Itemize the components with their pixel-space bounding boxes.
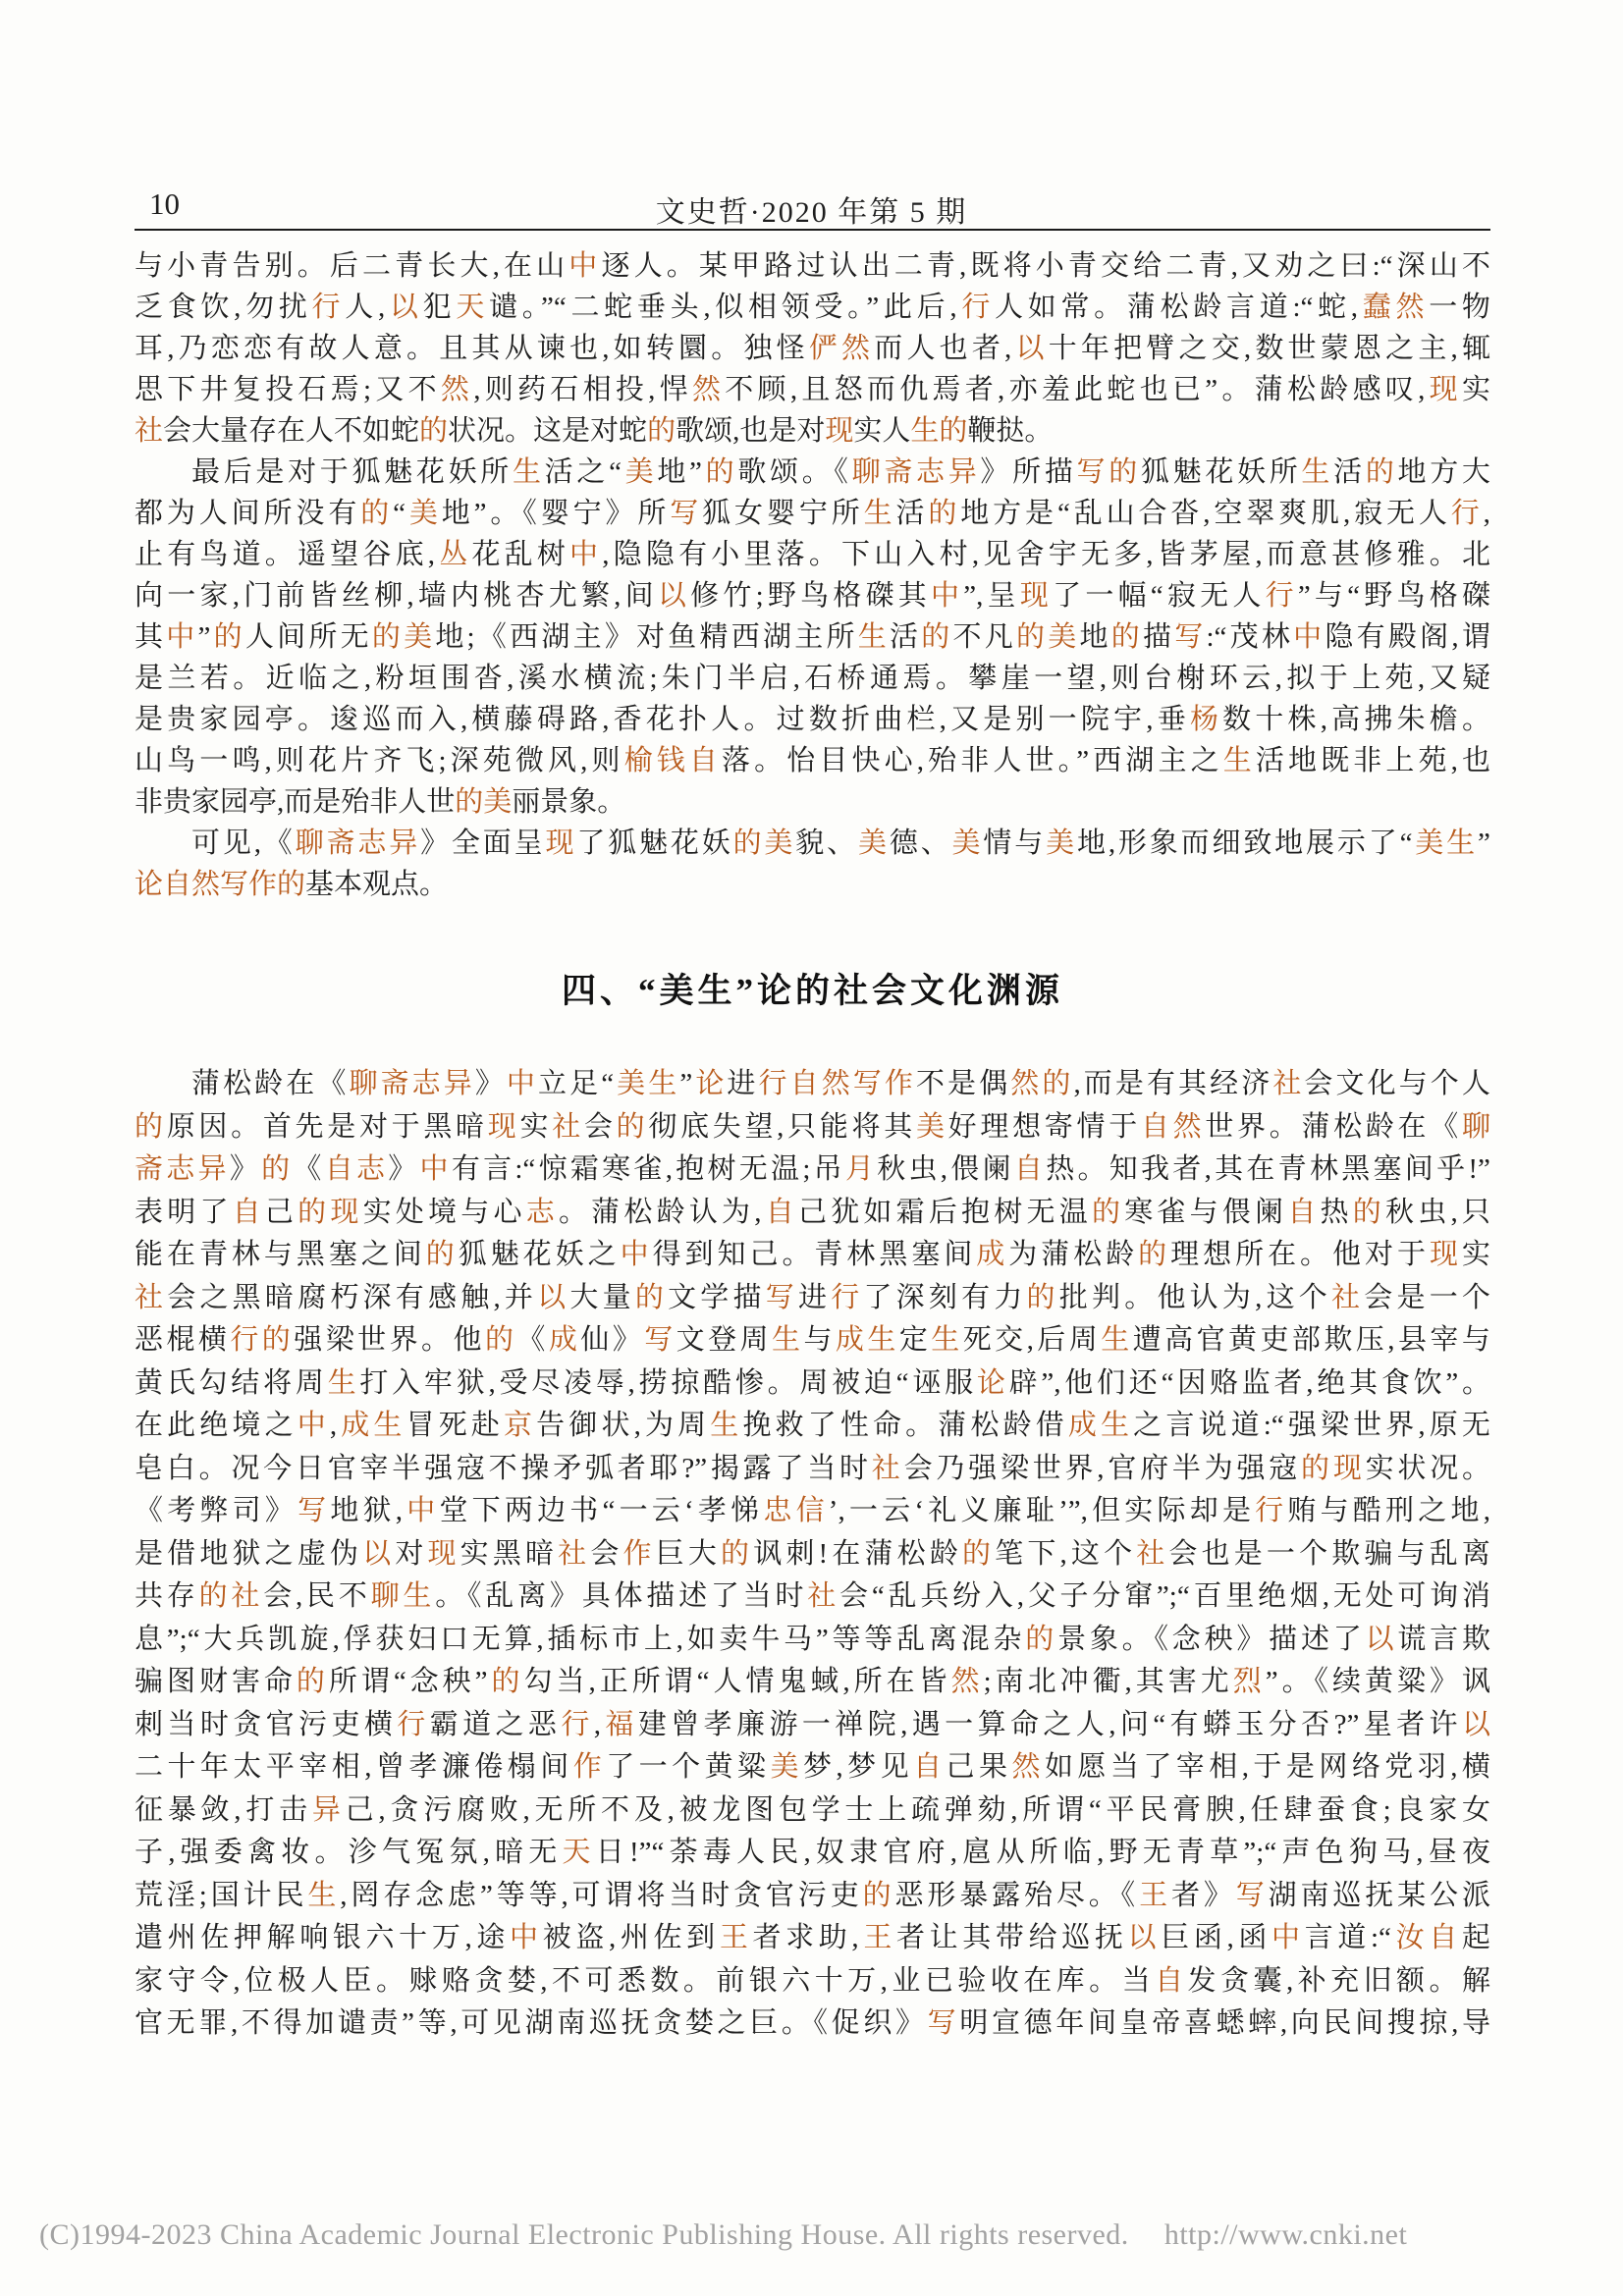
- text-run: 讽刺!在蒲松龄: [753, 1538, 962, 1570]
- highlighted-char-run: 现: [428, 1538, 460, 1570]
- text-run: 文学描: [668, 1282, 766, 1313]
- section-heading: 四、“美生”论的社会文化渊源: [135, 966, 1490, 1017]
- highlighted-char-run: 聊生: [371, 1580, 436, 1612]
- cnki-url: http://www.cnki.net: [1164, 2218, 1408, 2251]
- text-run: 被盗,州佐到: [543, 1922, 720, 1953]
- body-line: 二十年太平宰相,曾孝濂倦榻间作了一个黄粱美梦,梦见自己果然如愿当了宰相,于是网络…: [135, 1746, 1490, 1789]
- text-run: 家守令,位极人臣。赇赂贪婪,不可悉数。前银六十万,业已验收在库。当: [135, 1965, 1155, 1997]
- highlighted-char-run: 的: [1138, 1239, 1170, 1270]
- body-line: 向一家,门前皆丝柳,墙内桃杏尤繁,间以修竹;野鸟格磔其中”,呈现了一幅“寂无人行…: [135, 575, 1490, 616]
- text-run: ;南北冲衢,其害尤: [984, 1666, 1233, 1697]
- text-run: 花乱树: [471, 539, 569, 570]
- text-run: 热: [1321, 1197, 1353, 1228]
- text-run: 犯: [423, 292, 457, 323]
- text-run: 热。知我者,其在青林黑塞间乎!”: [1046, 1153, 1490, 1185]
- highlighted-char-run: 天: [456, 292, 489, 323]
- highlighted-char-run: 的: [488, 1666, 524, 1697]
- text-run: 实: [1462, 374, 1490, 405]
- text-run: 地”。《婴宁》所: [442, 498, 670, 529]
- text-run: 二十年太平宰相,曾孝濂倦榻间: [135, 1751, 573, 1783]
- text-run: 都为人间所没有: [135, 498, 360, 529]
- highlighted-char-run: 中: [621, 1239, 653, 1270]
- text-run: ,: [594, 1709, 601, 1740]
- highlighted-char-run: 的: [419, 415, 448, 447]
- text-run: ,: [1484, 498, 1490, 529]
- highlighted-char-run: 的现: [298, 1197, 362, 1228]
- text-run: 狐女婴宁所: [702, 498, 863, 529]
- highlighted-char-run: 以: [1128, 1922, 1162, 1953]
- body-line: 最后是对于狐魅花妖所生活之“美地”的歌颂。《聊斋志异》所描写的狐魅花妖所生活的地…: [135, 452, 1490, 493]
- text-run: 一物: [1429, 292, 1490, 323]
- highlighted-char-run: 美: [1046, 828, 1077, 859]
- highlighted-char-run: 写: [1174, 621, 1206, 653]
- text-run: 山鸟一鸣,则花片齐飞;深苑微风,则: [135, 745, 624, 776]
- body-line: 官无罪,不得加谴责”等,可见湖南巡抚贪婪之巨。《促织》写明宣德年间皇帝喜蟋蟀,向…: [135, 2002, 1490, 2046]
- highlighted-char-run: 汝自: [1391, 1922, 1462, 1953]
- text-run: 告御状,为周: [536, 1410, 710, 1441]
- highlighted-char-run: 生: [307, 1880, 340, 1911]
- text-run: 景象。《念秧》描述了: [1057, 1624, 1365, 1655]
- text-run: 地;《西湖主》对鱼精西湖主所: [435, 621, 857, 653]
- text-run: 梦,梦见: [803, 1751, 913, 1783]
- highlighted-char-run: 自: [762, 1197, 798, 1228]
- highlighted-char-run: 自: [1287, 1197, 1320, 1228]
- text-run: 黄氏勾结将周: [135, 1367, 328, 1399]
- highlighted-char-run: 社: [1136, 1538, 1168, 1570]
- text-run: 世界。蒲松龄在《: [1205, 1111, 1462, 1143]
- text-run: 修竹;野鸟格磔其: [690, 580, 931, 612]
- highlighted-char-run: 社: [872, 1453, 904, 1484]
- highlighted-char-run: 行: [1266, 580, 1298, 612]
- text-run: 实状况。: [1366, 1453, 1490, 1484]
- text-run: 》: [230, 1153, 261, 1185]
- highlighted-char-run: 的: [1366, 456, 1398, 488]
- highlighted-char-run: 的: [635, 1282, 668, 1313]
- text-run: 表明了: [135, 1197, 233, 1228]
- text-run: 进: [727, 1068, 758, 1099]
- highlighted-char-run: 以: [362, 1538, 395, 1570]
- text-run: 情与: [983, 828, 1046, 859]
- text-run: 实: [519, 1111, 552, 1143]
- text-run: 基本观点。: [305, 869, 448, 900]
- text-run: 地方大: [1398, 456, 1490, 488]
- highlighted-char-run: 自: [913, 1751, 946, 1783]
- highlighted-char-run: 的: [135, 1111, 167, 1143]
- body-line: 是兰若。近临之,粉垣围沓,溪水横流;朱门半启,石桥通焉。攀崖一望,则台榭环云,拟…: [135, 658, 1490, 699]
- highlighted-char-run: 的现: [1301, 1453, 1366, 1484]
- text-run: 仙》: [580, 1324, 644, 1356]
- highlighted-char-run: 聊斋志异: [349, 1068, 474, 1099]
- text-run: 原因。首先是对于黑暗: [167, 1111, 488, 1143]
- text-run: 是借地狱之虚伪: [135, 1538, 362, 1570]
- highlighted-char-run: 美: [406, 498, 442, 529]
- highlighted-char-run: 自: [1155, 1965, 1187, 1997]
- text-run: 得到知己。青林黑塞间: [653, 1239, 977, 1270]
- highlighted-char-run: 斋志异: [135, 1153, 230, 1185]
- highlighted-char-run: 以: [537, 1282, 569, 1313]
- journal-header: 文史哲·2020 年第 5 期: [0, 187, 1623, 231]
- highlighted-char-run: 聊斋志异: [852, 456, 981, 488]
- text-run: 会文化与个人: [1304, 1068, 1489, 1099]
- highlighted-char-run: 志: [526, 1197, 559, 1228]
- highlighted-char-run: 生: [710, 1410, 742, 1441]
- text-run: 荒淫;国计民: [135, 1880, 307, 1911]
- text-run: 定: [899, 1324, 931, 1356]
- highlighted-char-run: 写: [1236, 1880, 1269, 1911]
- text-run: 秋虫,只: [1385, 1197, 1490, 1228]
- page: 10 文史哲·2020 年第 5 期 与小青告别。后二青长大,在山中逐人。某甲路…: [0, 0, 1623, 2296]
- text-run: 巨大: [656, 1538, 721, 1570]
- text-run: 《: [516, 1324, 548, 1356]
- body-line: 皂白。况今日官宰半强寇不操矛弧者耶?”揭露了当时社会乃强梁世界,官府半为强寇的现…: [135, 1448, 1490, 1491]
- highlighted-char-run: 成: [549, 1324, 580, 1356]
- text-run: 是贵家园亭。逡巡而入,横藤碍路,香花扑人。过数折曲栏,又是别一院宇,垂: [135, 704, 1190, 735]
- text-run: 人,: [345, 292, 385, 323]
- text-run: 湖南巡抚某公派: [1269, 1880, 1490, 1911]
- text-run: 活之“: [545, 456, 622, 488]
- highlighted-char-run: 中: [931, 580, 963, 612]
- text-run: 实黑暗: [460, 1538, 559, 1570]
- highlighted-char-run: 然: [1011, 1751, 1044, 1783]
- highlighted-char-run: 中: [298, 1410, 330, 1441]
- text-run: 强梁世界。他: [294, 1324, 485, 1356]
- text-run: 》: [388, 1153, 419, 1185]
- text-run: 息”;“大兵凯旋,俘获妇口无算,插标市上,如卖牛马”等等乱离混杂: [135, 1624, 1025, 1655]
- body-line: 止有鸟道。遥望谷底,丛花乱树中,隐隐有小里落。下山入村,见舍宇无多,皆茅屋,而意…: [135, 534, 1490, 575]
- highlighted-char-run: 的: [863, 1880, 895, 1911]
- text-run: 而人也者,: [874, 333, 1011, 364]
- highlighted-char-run: 然: [692, 374, 725, 405]
- highlighted-char-run: 王: [1139, 1880, 1171, 1911]
- highlighted-char-run: 生: [328, 1367, 360, 1399]
- text-run: 》全面呈: [420, 828, 545, 859]
- highlighted-char-run: 行: [397, 1709, 429, 1740]
- text-run: 彻底失望,只能将其: [648, 1111, 916, 1143]
- body-line: 蒲松龄在《聊斋志异》中立足“美生”论进行自然写作不是偶然的,而是有其经济社会文化…: [135, 1063, 1490, 1106]
- body-line: 《考弊司》写地狱,中堂下两边书“一云‘孝悌忠信’,一云‘礼义廉耻’”,但实际却是…: [135, 1490, 1490, 1533]
- highlighted-char-run: 的: [702, 456, 737, 488]
- text-run: 实人: [853, 415, 910, 447]
- text-run: 《: [293, 1153, 324, 1185]
- highlighted-char-run: 的: [360, 498, 393, 529]
- highlighted-char-run: 论: [977, 1367, 1009, 1399]
- highlighted-char-run: 杨: [1190, 704, 1222, 735]
- text-run: 丽景象。: [512, 786, 625, 818]
- highlighted-char-run: 生: [931, 1324, 962, 1356]
- text-run: 大量: [569, 1282, 634, 1313]
- text-run: 隐有殿阁,谓: [1325, 621, 1489, 653]
- text-run: 貌、: [795, 828, 858, 859]
- text-run: 会也是一个欺骗与乱离: [1168, 1538, 1489, 1570]
- text-run: ’,一云‘礼义廉耻’”,但实际却是: [829, 1495, 1255, 1526]
- body-line: 荒淫;国计民生,罔存念虑”等等,可谓将当时贪官污吏的恶形暴露殆尽。《王者》写湖南…: [135, 1875, 1490, 1918]
- text-run: 人如常。蒲松龄言道:“蛇,: [995, 292, 1358, 323]
- text-run: 寒雀与偎阑: [1124, 1197, 1287, 1228]
- highlighted-char-run: 的: [921, 621, 952, 653]
- text-run: 会大量存在人不如蛇: [163, 415, 419, 447]
- text-run: 者让其带给巡抚: [896, 1922, 1128, 1953]
- text-run: 活: [896, 498, 929, 529]
- text-run: 者》: [1171, 1880, 1236, 1911]
- body-line: 非贵家园亭,而是殆非人世的美丽景象。: [135, 781, 1490, 823]
- text-run: 状况。这是对蛇: [448, 415, 647, 447]
- highlighted-char-run: 的: [485, 1324, 516, 1356]
- text-run: 向一家,门前皆丝柳,墙内桃杏尤繁,间: [135, 580, 658, 612]
- highlighted-char-run: 社: [135, 1282, 167, 1313]
- text-run: 地: [1079, 621, 1110, 653]
- highlighted-char-run: 的社: [199, 1580, 264, 1612]
- text-run: 逐人。某甲路过认出二青,既将小青交给二青,又劝之曰:“深山不: [601, 250, 1490, 282]
- text-run: ,隐隐有小里落。下山入村,见舍宇无多,皆茅屋,而意甚修雅。北: [602, 539, 1490, 570]
- highlighted-char-run: 作: [623, 1538, 656, 1570]
- text-run: 不凡: [953, 621, 1016, 653]
- text-run: 刺当时贪官污吏横: [135, 1709, 397, 1740]
- highlighted-char-run: 自然: [1141, 1111, 1205, 1143]
- highlighted-char-run: 中: [1293, 621, 1325, 653]
- text-run: 其: [135, 621, 166, 653]
- text-run: 打入牢狱,受尽凌辱,捞掠酷惨。周被迫“诬服: [359, 1367, 976, 1399]
- highlighted-char-run: 中: [420, 1153, 452, 1185]
- text-run: 巨函,函: [1161, 1922, 1271, 1953]
- text-run: 数十株,高拂朱檐。: [1222, 704, 1490, 735]
- highlighted-char-run: 行: [561, 1709, 593, 1740]
- text-run: 辟”,他们还“因赂监者,绝其食饮”。: [1009, 1367, 1490, 1399]
- text-run: 己,贪污腐败,无所不及,被龙图包学士上疏弹劾,所谓“平民膏腴,任肆蚕食;良家女: [346, 1794, 1490, 1826]
- text-run: :“茂林: [1206, 621, 1293, 653]
- highlighted-char-run: 然: [441, 374, 473, 405]
- text-run: 对: [395, 1538, 427, 1570]
- text-block: 与小青告别。后二青长大,在山中逐人。某甲路过认出二青,既将小青交给二青,又劝之曰…: [135, 245, 1490, 905]
- text-run: 地方是“乱山合沓,空翠爽肌,寂无人: [960, 498, 1450, 529]
- body-line: 能在青林与黑塞之间的狐魅花妖之中得到知己。青林黑塞间成为蒲松龄的理想所在。他对于…: [135, 1234, 1490, 1277]
- highlighted-char-run: 生: [1301, 456, 1333, 488]
- highlighted-char-run: 作: [573, 1751, 606, 1783]
- copyright-text: (C)1994-2023 China Academic Journal Elec…: [39, 2218, 1129, 2251]
- text-run: 遣州佐押解响银六十万,途: [135, 1922, 510, 1953]
- text-run: 实处境与心: [363, 1197, 526, 1228]
- text-run: 了狐魅花妖: [576, 828, 732, 859]
- highlighted-char-run: 美: [952, 828, 984, 859]
- text-run: 与小青告别。后二青长大,在山: [135, 250, 568, 282]
- body-line: 社会大量存在人不如蛇的状况。这是对蛇的歌颂,也是对现实人生的鞭挞。: [135, 410, 1490, 452]
- text-run: 共存: [135, 1580, 199, 1612]
- body-line: 家守令,位极人臣。赇赂贪婪,不可悉数。前银六十万,业已验收在库。当自发贪囊,补充…: [135, 1960, 1490, 2003]
- highlighted-char-run: 中: [507, 1068, 538, 1099]
- body-line: 子,强委禽妆。沴气冤氛,暗无天日!”“荼毒人民,奴隶官府,扈从所临,野无青草”;…: [135, 1832, 1490, 1875]
- text-run: 遭高官黄吏部欺压,县宰与: [1133, 1324, 1490, 1356]
- text-run: 明宣德年间皇帝喜蟋蟀,向民间搜掠,导: [959, 2007, 1490, 2039]
- body-line: 思下井复投石焉;又不然,则药石相投,悍然不顾,且怒而仇焉者,亦羞此蛇也已”。蒲松…: [135, 369, 1490, 410]
- highlighted-char-run: 的: [426, 1239, 459, 1270]
- text-run: 活地既非上苑,也: [1256, 745, 1490, 776]
- highlighted-char-run: 自: [233, 1197, 265, 1228]
- text-run: 贿与酷刑之地,: [1287, 1495, 1490, 1526]
- text-run: 最后是对于狐魅花妖所: [191, 456, 513, 488]
- highlighted-char-run: 生的: [910, 415, 967, 447]
- highlighted-char-run: 现: [488, 1111, 520, 1143]
- text-run: 能在青林与黑塞之间: [135, 1239, 426, 1270]
- highlighted-char-run: 现: [1020, 580, 1053, 612]
- body-line: 都为人间所没有的“美地”。《婴宁》所写狐女婴宁所生活的地方是“乱山合沓,空翠爽肌…: [135, 493, 1490, 534]
- highlighted-char-run: 行自然写作: [759, 1068, 916, 1099]
- highlighted-char-run: 以: [1366, 1624, 1398, 1655]
- highlighted-char-run: 的: [617, 1111, 649, 1143]
- body-line: 耳,乃恋恋有故人意。且其从谏也,如转圜。独怪俨然而人也者,以十年把臂之交,数世蒙…: [135, 328, 1490, 369]
- text-run: 皂白。况今日官宰半强寇不操矛弧者耶?”揭露了当时: [135, 1453, 872, 1484]
- body-line: 其中”的人间所无的美地;《西湖主》对鱼精西湖主所生活的不凡的美地的描写:“茂林中…: [135, 616, 1490, 658]
- highlighted-char-run: 生: [513, 456, 545, 488]
- page-footer: (C)1994-2023 China Academic Journal Elec…: [39, 2218, 1407, 2252]
- highlighted-char-run: 榆钱自: [624, 745, 722, 776]
- text-run: 思下井复投石焉;又不: [135, 374, 441, 405]
- highlighted-char-run: 中: [569, 539, 602, 570]
- body-line: 社会之黑暗腐朽深有感触,并以大量的文学描写进行了深刻有力的批判。他认为,这个社会…: [135, 1277, 1490, 1320]
- text-run: 耳,乃恋恋有故人意。且其从谏也,如转圜。独怪: [135, 333, 809, 364]
- text-run: 人间所无: [245, 621, 372, 653]
- highlighted-char-run: 生: [1101, 1324, 1132, 1356]
- text-run: 狐魅花妖之: [459, 1239, 621, 1270]
- highlighted-char-run: 福: [601, 1709, 638, 1740]
- text-run: 批判。他认为,这个: [1059, 1282, 1331, 1313]
- highlighted-char-run: 的: [297, 1666, 329, 1697]
- text-run: 挽救了性命。蒲松龄借: [742, 1410, 1067, 1441]
- text-run: 》所描: [980, 456, 1076, 488]
- highlighted-char-run: 中: [403, 1495, 439, 1526]
- highlighted-char-run: 现: [825, 415, 853, 447]
- highlighted-char-run: 美: [771, 1751, 803, 1783]
- highlighted-char-run: 异: [312, 1794, 346, 1826]
- text-run: “: [393, 498, 406, 529]
- text-run: 言道:“: [1305, 1922, 1391, 1953]
- text-run: 地,形象而细致地展示了“: [1077, 828, 1412, 859]
- highlighted-char-run: 的: [1027, 1282, 1059, 1313]
- text-block: 蒲松龄在《聊斋志异》中立足“美生”论进行自然写作不是偶然的,而是有其经济社会文化…: [135, 1063, 1490, 2046]
- highlighted-char-run: 写的: [1077, 456, 1141, 488]
- highlighted-char-run: 行: [1451, 498, 1484, 529]
- text-run: 。《乱离》具体描述了当时: [435, 1580, 807, 1612]
- highlighted-char-run: 社: [552, 1111, 584, 1143]
- highlighted-char-run: 写: [766, 1282, 798, 1313]
- text-run: 官无罪,不得加谴责”等,可见湖南巡抚贪婪之巨。《促织》: [135, 2007, 928, 2039]
- text-run: 鞭挞。: [967, 415, 1053, 447]
- text-run: 起: [1462, 1922, 1490, 1953]
- text-run: 堂下两边书“一云‘孝悌: [439, 1495, 763, 1526]
- body-line: 遣州佐押解响银六十万,途中被盗,州佐到王者求助,王者让其带给巡抚以巨函,函中言道…: [135, 1917, 1490, 1960]
- text-run: 不是偶: [916, 1068, 1010, 1099]
- text-run: ,而是有其经济: [1073, 1068, 1272, 1099]
- highlighted-char-run: 生: [772, 1324, 803, 1356]
- text-run: 会乃强梁世界,官府半为强寇: [904, 1453, 1301, 1484]
- highlighted-char-run: 俨然: [809, 333, 874, 364]
- highlighted-char-run: 的: [721, 1538, 753, 1570]
- highlighted-char-run: 中: [568, 250, 601, 282]
- text-run: 活: [1333, 456, 1366, 488]
- text-run: 秋虫,偎阑: [877, 1153, 1014, 1185]
- text-run: 会: [590, 1538, 622, 1570]
- text-run: 落。怡目快心,殆非人世。”西湖主之: [722, 745, 1223, 776]
- text-run: 有言:“惊霜寒雀,抱树无温;吊: [452, 1153, 845, 1185]
- highlighted-char-run: 社: [1272, 1068, 1304, 1099]
- highlighted-char-run: 的: [1353, 1197, 1385, 1228]
- text-run: 狐魅花妖所: [1141, 456, 1301, 488]
- text-run: 止有鸟道。遥望谷底,: [135, 539, 435, 570]
- body-line: 息”;“大兵凯旋,俘获妇口无算,插标市上,如卖牛马”等等乱离混杂的景象。《念秧》…: [135, 1619, 1490, 1662]
- highlighted-char-run: 现: [1430, 1239, 1462, 1270]
- highlighted-char-run: 的美: [455, 786, 512, 818]
- highlighted-char-run: 社: [807, 1580, 839, 1612]
- text-run: 会之黑暗腐朽深有感触,并: [167, 1282, 537, 1313]
- text-run: ,罔存念虑”等等,可谓将当时贪官污吏: [340, 1880, 862, 1911]
- text-run: 谴。”“二蛇垂头,似相领受。”此后,: [489, 292, 957, 323]
- highlighted-char-run: 天: [563, 1837, 596, 1868]
- highlighted-char-run: 忠信: [763, 1495, 828, 1526]
- text-run: 建曾孝廉游一禅院,遇一算命之人,问“有蟒玉分否?”星者许: [638, 1709, 1462, 1740]
- text-run: 恶棍横: [135, 1324, 230, 1356]
- body-line: 征暴敛,打击异己,贪污腐败,无所不及,被龙图包学士上疏弹劾,所谓“平民膏腴,任肆…: [135, 1789, 1490, 1833]
- body-line: 黄氏勾结将周生打入牢狱,受尽凌辱,捞掠酷惨。周被迫“诬服论辟”,他们还“因赂监者…: [135, 1362, 1490, 1406]
- highlighted-char-run: 的: [1092, 1197, 1124, 1228]
- body-line: 山鸟一鸣,则花片齐飞;深苑微风,则榆钱自落。怡目快心,殆非人世。”西湖主之生活地…: [135, 740, 1490, 781]
- header-rule: [135, 229, 1490, 231]
- text-run: 进: [798, 1282, 831, 1313]
- highlighted-char-run: 现: [1425, 374, 1462, 405]
- body-line: 刺当时贪官污吏横行霸道之恶行,福建曾孝廉游一禅院,遇一算命之人,问“有蟒玉分否?…: [135, 1704, 1490, 1747]
- text-run: ”。《续黄粱》讽: [1266, 1666, 1490, 1697]
- highlighted-char-run: 美生: [614, 1068, 679, 1099]
- highlighted-char-run: 行: [312, 292, 346, 323]
- highlighted-char-run: 论: [692, 1068, 727, 1099]
- text-run: 是兰若。近临之,粉垣围沓,溪水横流;朱门半启,石桥通焉。攀崖一望,则台榭环云,拟…: [135, 663, 1490, 694]
- highlighted-char-run: 写: [928, 2007, 960, 2039]
- highlighted-char-run: 写: [644, 1324, 676, 1356]
- highlighted-char-run: 社: [1331, 1282, 1364, 1313]
- highlighted-char-run: 聊斋志异: [296, 828, 420, 859]
- text-run: 所谓“念秧”: [329, 1666, 488, 1697]
- text-run: 日!”“荼毒人民,奴隶官府,扈从所临,野无青草”;“声色狗马,昼夜: [596, 1837, 1490, 1868]
- highlighted-char-run: 中: [510, 1922, 543, 1953]
- body-line: 与小青告别。后二青长大,在山中逐人。某甲路过认出二青,既将小青交给二青,又劝之曰…: [135, 245, 1490, 287]
- highlighted-char-run: 美: [916, 1111, 948, 1143]
- highlighted-char-run: 成: [976, 1239, 1008, 1270]
- text-run: 会“乱兵纷入,父子分窜”;“百里绝烟,无处可询消: [839, 1580, 1490, 1612]
- highlighted-char-run: 社: [135, 415, 163, 447]
- text-run: 征暴敛,打击: [135, 1794, 312, 1826]
- highlighted-char-run: 成生: [836, 1324, 899, 1356]
- highlighted-char-run: 成生: [1068, 1410, 1133, 1441]
- highlighted-char-run: 蠢然: [1358, 292, 1429, 323]
- highlighted-char-run: 的: [962, 1538, 995, 1570]
- text-run: 》: [475, 1068, 507, 1099]
- highlighted-char-run: 的: [647, 415, 676, 447]
- text-run: 骗图财害命: [135, 1666, 297, 1697]
- highlighted-char-run: 的: [210, 621, 244, 653]
- highlighted-char-run: 自志: [325, 1153, 389, 1185]
- highlighted-char-run: 月: [845, 1153, 877, 1185]
- text-run: ”: [1478, 828, 1490, 859]
- highlighted-char-run: 美: [622, 456, 657, 488]
- body-line: 在此绝境之中,成生冒死赴京告御状,为周生挽救了性命。蒲松龄借成生之言说道:“强梁…: [135, 1405, 1490, 1448]
- highlighted-char-run: 生: [1223, 745, 1256, 776]
- text-run: 己: [265, 1197, 298, 1228]
- text-run: 霸道之恶: [430, 1709, 562, 1740]
- highlighted-char-run: 行的: [230, 1324, 294, 1356]
- text-run: 《考弊司》: [135, 1495, 298, 1526]
- body-line: 是借地狱之虚伪以对现实黑暗社会作巨大的讽刺!在蒲松龄的笔下,这个社会也是一个欺骗…: [135, 1533, 1490, 1576]
- body-line: 共存的社会,民不聊生。《乱离》具体描述了当时社会“乱兵纷入,父子分窜”;“百里绝…: [135, 1575, 1490, 1619]
- text-run: 歌颂,也是对: [676, 415, 825, 447]
- body-line: 骗图财害命的所谓“念秧”的勾当,正所谓“人情鬼蜮,所在皆然;南北冲衢,其害尤烈”…: [135, 1661, 1490, 1704]
- text-run: 德、: [890, 828, 952, 859]
